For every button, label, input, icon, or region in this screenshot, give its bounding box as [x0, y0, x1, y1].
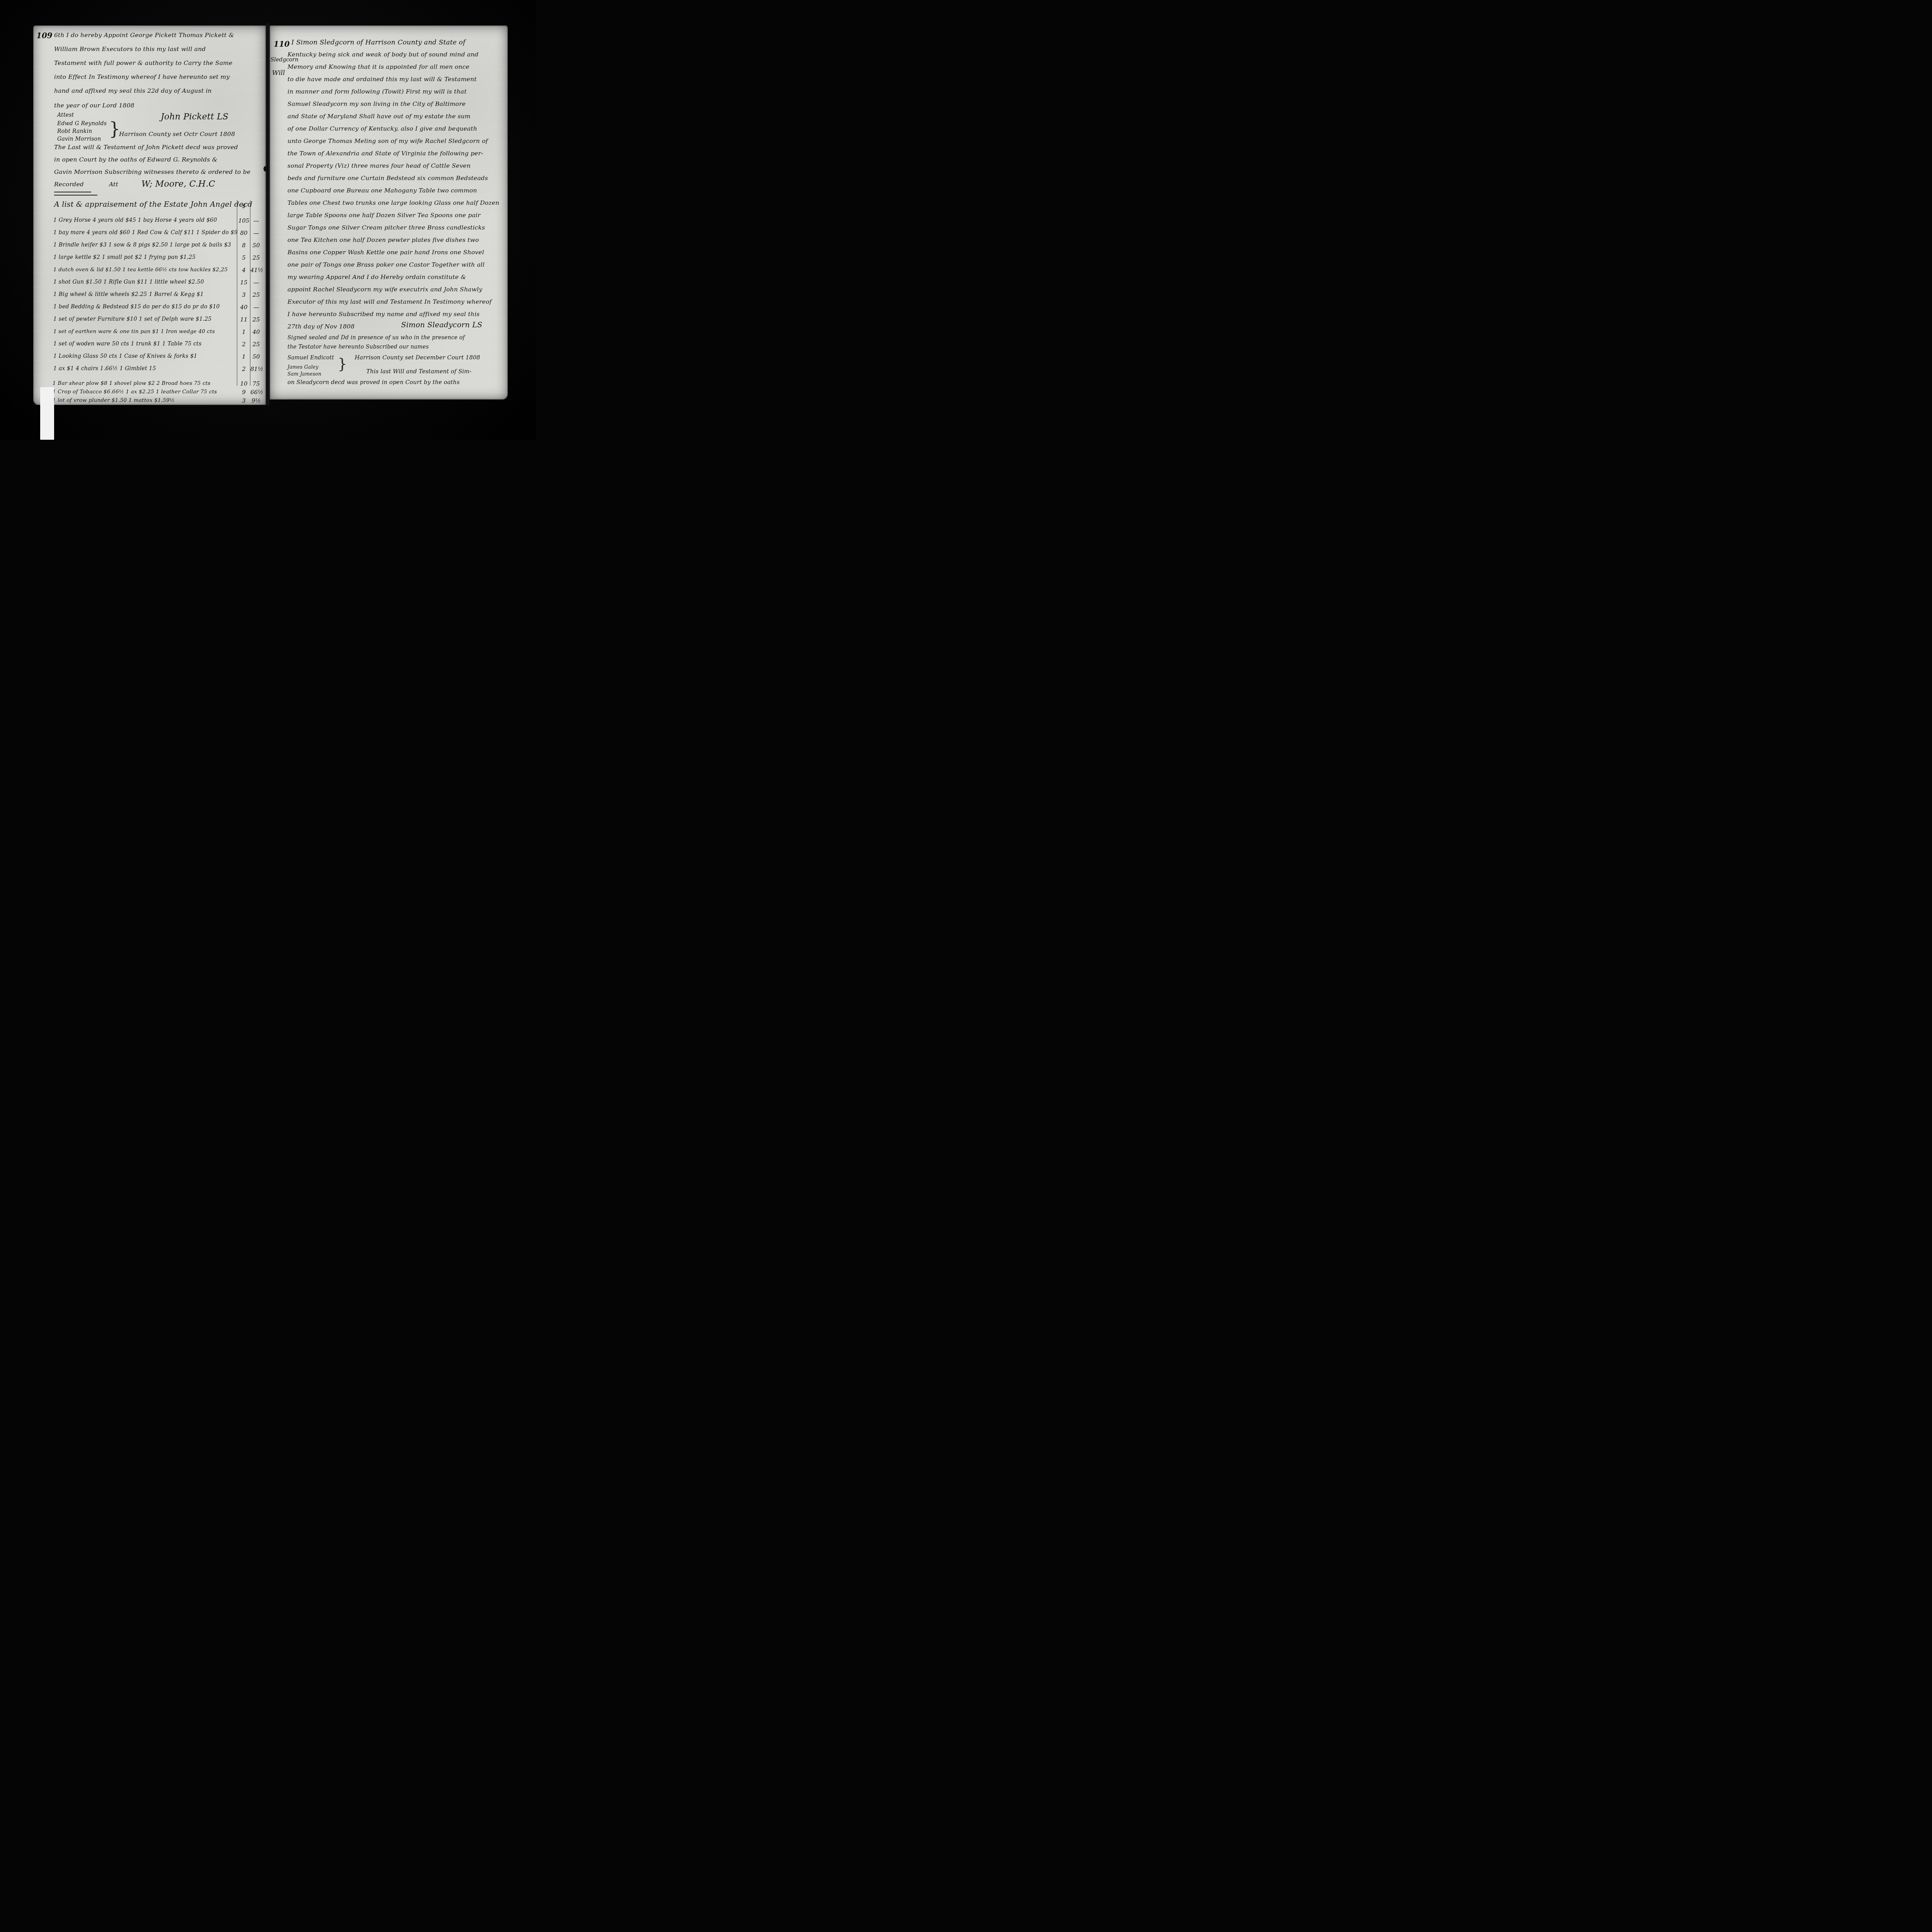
item-description: 1 shot Gun $1.50 1 Rifle Gun $11 1 littl… — [53, 279, 204, 285]
text-line: of one Dollar Currency of Kentucky. also… — [287, 125, 477, 132]
witness-name: Samuel Endicott — [287, 355, 334, 361]
item-description: 1 ax $1 4 chairs 1.66½ 1 Gimblet 15 — [53, 366, 156, 372]
text-line: Memory and Knowing that it is appointed … — [287, 63, 469, 70]
item-description: 1 dutch oven & lid $1.50 1 tea kettle 66… — [53, 267, 228, 273]
dollar-amount: 9 — [238, 389, 250, 396]
dollar-amount: 8 — [238, 242, 250, 249]
dollar-amount: 15 — [238, 279, 250, 286]
text-line: one Tea Kitchen one half Dozen pewter pl… — [287, 236, 479, 243]
text-line: Basins one Copper Wash Kettle one pair h… — [287, 249, 484, 256]
column-rule — [237, 200, 237, 386]
testator-signature: Simon Sleadycorn LS — [401, 321, 482, 329]
item-description: 1 Grey Horse 4 years old $45 1 bay Horse… — [53, 217, 217, 223]
testator-signature: John Pickett LS — [161, 112, 228, 122]
text-line: Sugar Tongs one Silver Cream pitcher thr… — [287, 224, 485, 231]
text-line: beds and furniture one Curtain Bedstead … — [287, 175, 488, 182]
scan-target-tab — [40, 387, 54, 440]
cents-amount: 25 — [250, 316, 262, 323]
text-line: appoint Rachel Sleadycorn my wife execut… — [287, 286, 482, 293]
cents-amount: 50 — [250, 353, 262, 360]
text-line: 27th day of Nov 1808 — [287, 323, 355, 330]
cents-amount: 25 — [250, 341, 262, 348]
item-description: 1 set of pewter Furniture $10 1 set of D… — [53, 316, 212, 322]
cents-amount: 41½ — [250, 267, 262, 274]
cents-amount: 81½ — [250, 366, 262, 372]
brace-mark: } — [109, 120, 120, 138]
cents-amount: 25 — [250, 254, 262, 261]
dollar-amount: 2 — [238, 366, 250, 372]
dollar-amount: 4 — [238, 267, 250, 274]
left-page: 109 6th I do hereby Appoint George Picke… — [33, 26, 266, 405]
text-line: Recorded — [54, 181, 84, 188]
text-line: 6th I do hereby Appoint George Pickett T… — [54, 32, 234, 39]
text-line: on Sleadycorn decd was proved in open Co… — [287, 379, 460, 386]
witness-name: James Galey — [287, 364, 318, 370]
cents-amount: 25 — [250, 291, 262, 298]
text-line: The Last will & Testament of John Picket… — [54, 144, 238, 151]
dollar-amount: 1 — [238, 328, 250, 335]
text-line: Gavin Morrison Subscribing witnesses the… — [54, 168, 250, 175]
text-line: sonal Property (Viz) three mares four he… — [287, 162, 471, 169]
witness-name: Gavin Morrison — [57, 136, 101, 142]
text-line: in manner and form following (Towit) Fir… — [287, 88, 467, 95]
text-line: Signed sealed and Dd in presence of us w… — [287, 335, 465, 341]
page-number: 109 — [36, 31, 53, 40]
text-line: to die have made and ordained this my la… — [287, 76, 477, 83]
item-description: 1 bed Bedding & Bedstead $15 do per do $… — [53, 304, 220, 310]
item-description: 1 set of woden ware 50 cts 1 trunk $1 1 … — [53, 341, 202, 347]
text-line: I Simon Sledgcorn of Harrison County and… — [291, 39, 466, 46]
dollar-amount: 10 — [238, 380, 250, 387]
text-line: I have hereunto Subscribed my name and a… — [287, 311, 480, 318]
court-heading: Harrison County set Octr Court 1808 — [119, 131, 235, 138]
text-line: unto George Thomas Meling son of my wife… — [287, 138, 488, 145]
right-page: 110 Sledgcorn Will I Simon Sledgcorn of … — [270, 26, 508, 400]
cents-amount: 50 — [250, 242, 262, 249]
brace-mark: } — [338, 356, 347, 371]
witness-name: Sam Jameson — [287, 371, 321, 377]
dollar-amount: 3 — [238, 291, 250, 298]
dollar-amount: 1 — [238, 353, 250, 360]
item-description: 1 Big wheel & little wheels $2.25 1 Barr… — [53, 291, 204, 298]
text-line: Samuel Sleadycorn my son living in the C… — [287, 100, 466, 107]
margin-note-line: Will — [272, 69, 285, 77]
text-line: Executor of this my last will and Testam… — [287, 298, 492, 305]
book-gutter — [267, 23, 269, 406]
text-line: in open Court by the oaths of Edward G. … — [54, 156, 218, 163]
dollar-amount: 5 — [238, 254, 250, 261]
text-line: my wearing Apparel And I do Hereby ordai… — [287, 274, 466, 281]
clerk-signature: W; Moore, C.H.C — [141, 179, 215, 189]
dollar-amount: 2 — [238, 341, 250, 348]
item-description: 1 lot of vrow plunder $1.50 1 mattox $1.… — [53, 397, 175, 403]
dollar-amount: 11 — [238, 316, 250, 323]
court-heading: Harrison County set December Court 1808 — [355, 355, 480, 361]
text-line: one pair of Tongs one Brass poker one Ca… — [287, 261, 485, 268]
divider-rule — [54, 192, 91, 192]
text-line: one Cupboard one Bureau one Mahogany Tab… — [287, 187, 477, 194]
text-line: the year of our Lord 1808 — [54, 102, 134, 109]
text-line: This last Will and Testament of Sim- — [366, 369, 471, 375]
text-line: the Testator have hereunto Subscribed ou… — [287, 344, 429, 350]
attest-label: Attest — [57, 112, 74, 118]
inventory-title: A list & appraisement of the Estate John… — [54, 200, 252, 209]
page-number: 110 — [274, 39, 290, 49]
dollar-amount: 3 — [238, 397, 250, 404]
item-description: 1 Looking Glass 50 cts 1 Case of Knives … — [53, 353, 197, 359]
text-line: Kentucky being sick and weak of body but… — [287, 51, 478, 58]
item-description: 1 Bar shear plow $8 1 shovel plow $2 2 B… — [53, 380, 211, 386]
dollar-amount: 105 — [238, 217, 250, 224]
dollar-amount: 40 — [238, 304, 250, 311]
text-line: and State of Maryland Shall have out of … — [287, 113, 471, 120]
cents-amount: — — [250, 279, 262, 286]
text-line: the Town of Alexandria and State of Virg… — [287, 150, 483, 157]
cents-amount: — — [250, 230, 262, 236]
witness-name: Edwd G Reynolds — [57, 121, 107, 127]
witness-name: Robt Rankin — [57, 128, 92, 134]
cents-amount: 40 — [250, 328, 262, 335]
attest-label: Att — [109, 181, 118, 188]
item-description: 1 Brindle heifer $3 1 sow & 8 pigs $2.50… — [53, 242, 231, 248]
text-line: large Table Spoons one half Dozen Silver… — [287, 212, 481, 219]
text-line: Testament with full power & authority to… — [54, 60, 233, 66]
text-line: into Effect In Testimony whereof I have … — [54, 73, 230, 80]
cents-amount: 66½ — [250, 389, 262, 396]
cents-amount: — — [250, 217, 262, 224]
cents-amount: — — [250, 304, 262, 311]
cents-amount: 9½ — [250, 397, 262, 404]
text-line: hand and affixed my seal this 22d day of… — [54, 87, 212, 94]
ink-blot — [264, 166, 267, 172]
divider-rule — [54, 195, 97, 196]
column-header-dollars: $ — [238, 202, 250, 209]
cents-amount: 75 — [250, 380, 262, 387]
item-description: 1 bay mare 4 years old $60 1 Red Cow & C… — [53, 230, 238, 236]
dollar-amount: 80 — [238, 230, 250, 236]
text-line: Tables one Chest two trunks one large lo… — [287, 199, 499, 206]
item-description: 1 set of earthen ware & one tin pan $1 1… — [53, 328, 215, 335]
item-description: 1 Crop of Tobacco $6.66½ 1 ax $2.25 1 le… — [53, 389, 217, 395]
item-description: 1 large kettle $2 1 small pot $2 1 fryin… — [53, 254, 196, 260]
text-line: William Brown Executors to this my last … — [54, 46, 206, 53]
